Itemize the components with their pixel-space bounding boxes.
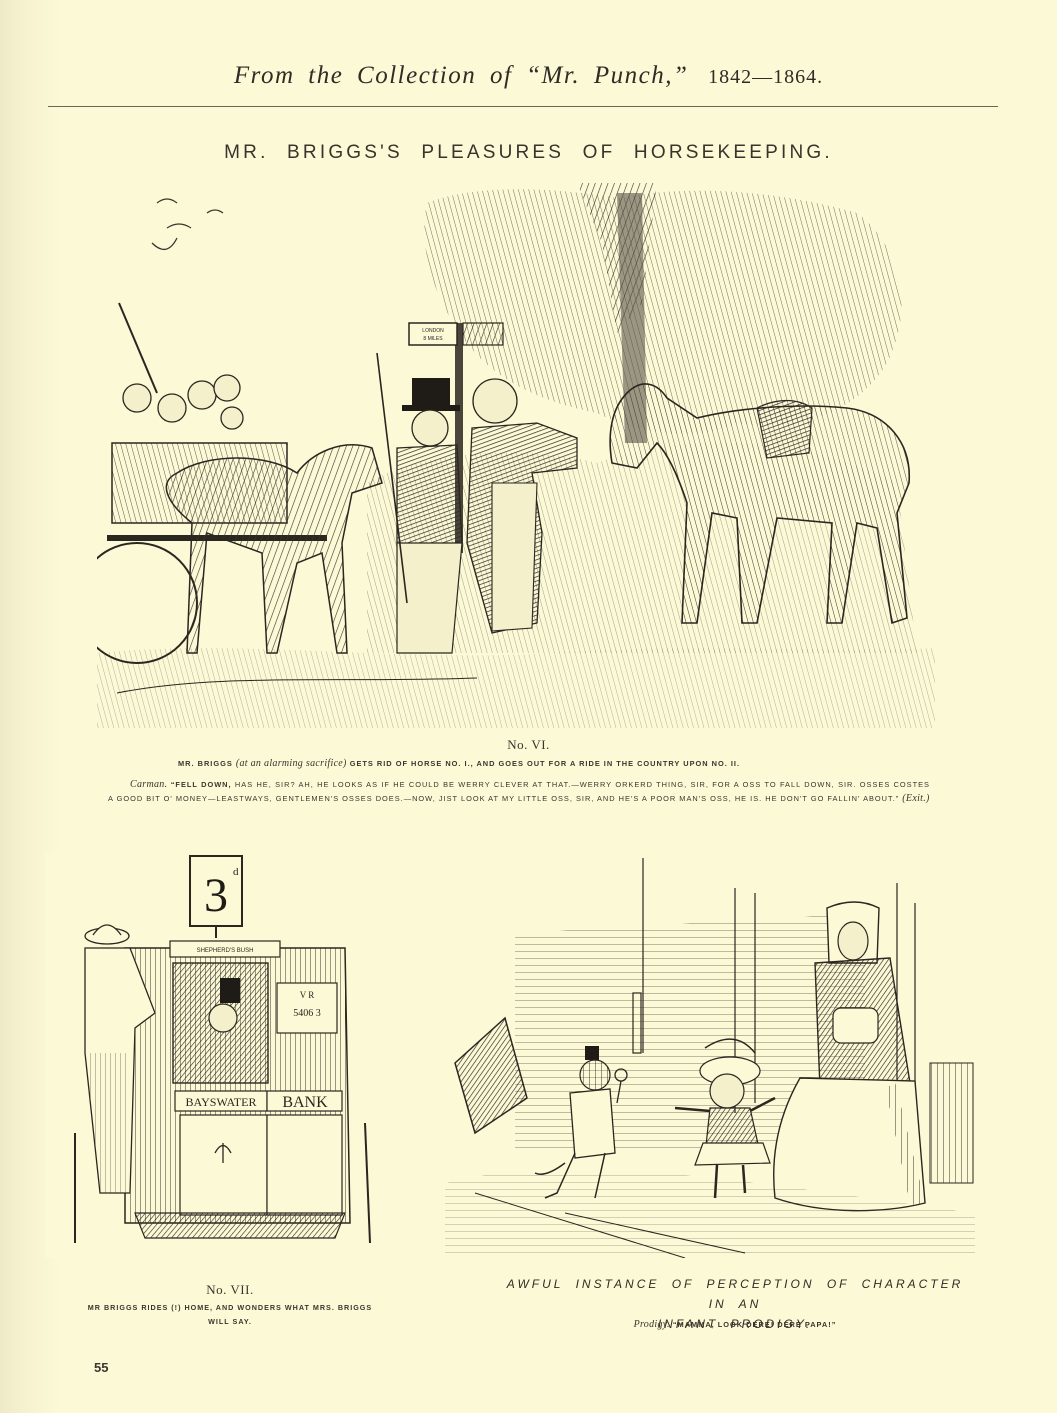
illustration-no-vi: LONDON 8 MILES — [97, 183, 935, 728]
plate-title: MR. BRIGGS'S PLEASURES OF HORSEKEEPING. — [0, 142, 1057, 164]
running-head: From the Collection of “Mr. Punch,” 1842… — [0, 62, 1057, 90]
svg-text:V R: V R — [300, 990, 315, 1000]
svg-text:BANK: BANK — [282, 1094, 328, 1111]
header-rule — [48, 106, 998, 107]
illustration-infant-prodigy — [445, 853, 975, 1258]
svg-text:3: 3 — [204, 869, 228, 922]
caption-vii-line2: WILL SAY. — [60, 1315, 400, 1329]
svg-text:BAYSWATER: BAYSWATER — [186, 1095, 257, 1109]
svg-text:d: d — [233, 866, 239, 878]
speaker-prodigy: Prodigy. — [634, 1319, 670, 1330]
svg-text:5406 3: 5406 3 — [293, 1008, 321, 1019]
speech-text: HAS HE, SIR? AH, HE LOOKS AS IF HE COULD… — [108, 780, 930, 803]
illustration-no-vii: 3 d SHEPHERD'S BUSH V R 5406 3 BAYSWATER… — [45, 853, 385, 1258]
caption-lead-italic: (at an alarming sacrifice) — [236, 758, 347, 769]
infant-prodigy-engraving — [445, 853, 975, 1258]
caption-lead-rest: GETS RID OF HORSE NO. I., AND GOES OUT F… — [350, 759, 740, 768]
speech-bold: “FELL DOWN, — [171, 780, 232, 789]
caption-vii-line1: MR BRIGGS RIDES (!) HOME, AND WONDERS WH… — [60, 1301, 400, 1315]
speaker-carman: Carman. — [130, 779, 167, 790]
exit-direction: (Exit.) — [902, 793, 929, 804]
caption-no-vi-lead: MR. BRIGGS (at an alarming sacrifice) GE… — [178, 757, 918, 771]
cut-number-vii: No. VII. — [70, 1282, 390, 1298]
prodigy-speech: “MAMMA, LOOK DERE! DERE PAPA!” — [673, 1320, 837, 1329]
running-head-years: 1842—1864. — [708, 66, 823, 88]
running-head-title: From the Collection of “Mr. Punch,” — [234, 62, 688, 89]
cut-number-vi: No. VI. — [0, 737, 1057, 753]
caption-no-vii: MR BRIGGS RIDES (!) HOME, AND WONDERS WH… — [60, 1301, 400, 1329]
svg-text:SHEPHERD'S BUSH: SHEPHERD'S BUSH — [197, 948, 254, 954]
omnibus-engraving: 3 d SHEPHERD'S BUSH V R 5406 3 BAYSWATER… — [45, 853, 385, 1258]
prodigy-title-line1: AWFUL INSTANCE OF PERCEPTION OF CHARACTE… — [495, 1274, 975, 1314]
svg-text:8 MILES: 8 MILES — [423, 336, 443, 342]
svg-text:LONDON: LONDON — [422, 328, 444, 334]
prodigy-caption: Prodigy. “MAMMA, LOOK DERE! DERE PAPA!” — [495, 1318, 975, 1332]
caption-no-vi-dialogue: Carman. “FELL DOWN, HAS HE, SIR? AH, HE … — [108, 778, 930, 806]
page-number: 55 — [94, 1360, 108, 1375]
caption-lead-name: MR. BRIGGS — [178, 759, 233, 768]
horse-dealing-engraving: LONDON 8 MILES — [97, 183, 935, 728]
